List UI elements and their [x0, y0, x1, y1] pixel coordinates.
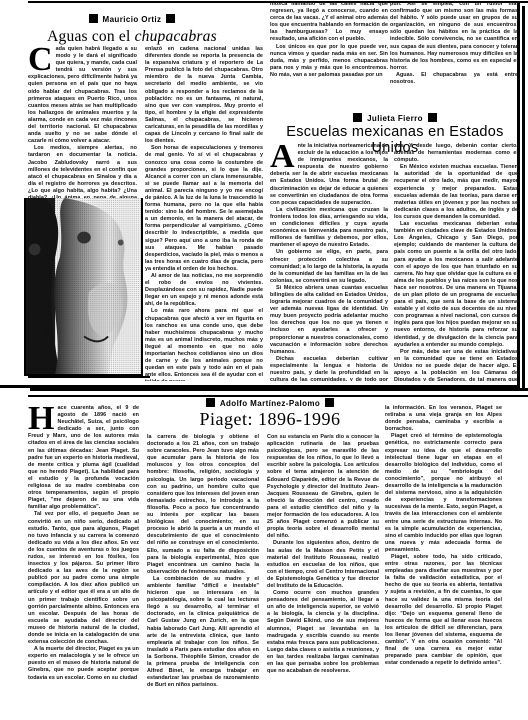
article-column-1: A nte la iniciativa norteamericana de ex… — [270, 143, 388, 381]
paragraph: Si México abriera unas cuantas escuelas … — [270, 285, 388, 356]
paragraph: Un gobierno se elige, en parte, para ofr… — [270, 249, 388, 284]
article-byline: Julieta Fierro — [270, 113, 520, 123]
headline-text: Aguas con el — [47, 28, 134, 45]
paragraph: Son horas de especulaciones y tremores d… — [145, 145, 263, 273]
paragraph: Aguas. El chupacabras ya está entre noso… — [390, 72, 518, 83]
article-column-1: H ace cuarenta años, el 9 de agosto de 1… — [28, 405, 139, 705]
paragraph: la carrera de biología y obtiene el doct… — [147, 434, 259, 576]
paragraph: Durante los siguientes años, dentro de l… — [267, 540, 379, 590]
paragraph: Tal vez por ello, el pequeño Jean se con… — [28, 511, 139, 646]
paragraph: Dichas escuelas deberían cultivar especi… — [270, 356, 388, 381]
drop-cap: H — [28, 406, 55, 432]
paragraph: La combinación de su madre y el ambiente… — [147, 576, 259, 690]
drop-cap: C — [28, 47, 53, 73]
paragraph: la información. En los veranos, Piaget s… — [385, 405, 502, 433]
article-column-4: la información. En los veranos, Piaget s… — [385, 405, 502, 705]
author-name: Mauricio Ortiz — [103, 15, 162, 24]
headline-italic-text: chupacabras — [135, 28, 217, 45]
article-column-2: la carrera de biología y obtiene el doct… — [147, 434, 259, 720]
article-headline: Aguas con el chupacabras — [0, 28, 264, 46]
article-byline: Adolfo Martínez-Palomo — [170, 398, 370, 408]
article-column-3: Con su estancia en París dio a conocer l… — [267, 434, 379, 720]
drop-cap: A — [270, 144, 295, 170]
paragraph: Lo más raro ahora para mí que el chupaca… — [145, 308, 263, 381]
section-divider — [28, 395, 528, 397]
paragraph: La civilización mexicana que cruzan la f… — [270, 207, 388, 250]
paragraph: Con su estancia en París dio a conocer l… — [267, 434, 379, 540]
article-column-2: enlazó en cadena nacional unidas las dif… — [145, 46, 263, 381]
frame-shadow-right — [522, 6, 525, 391]
paragraph: pun. Así se emplea, con un rumor mal con… — [390, 1, 518, 72]
photo-shadow — [28, 376, 150, 378]
nude-figure-photo-icon — [26, 198, 141, 374]
paragraph: dos. Y desde luego, deberán contar ciert… — [394, 143, 518, 164]
paragraph: Al amor de las noticias, no me sorprendi… — [145, 273, 263, 308]
paragraph: Como ocurre con muchos grandes pensadore… — [267, 590, 379, 675]
paragraph: Los únicos es que por lo que puede ver, … — [270, 44, 388, 79]
paragraph: Piaget creó el término de epistemología … — [385, 433, 502, 554]
author-name: Julieta Fierro — [367, 114, 423, 123]
square-bullet-icon — [428, 113, 437, 122]
frame-shadow-bottom — [30, 388, 528, 391]
paragraph: enlazó en cadena nacional unidas las dif… — [145, 46, 263, 145]
article-column-2: dos. Y desde luego, deberán contar ciert… — [394, 143, 518, 381]
paragraph: Las escuelas mexicanas deberían estar ta… — [394, 221, 518, 349]
square-bullet-icon — [166, 14, 175, 23]
square-bullet-icon — [206, 398, 215, 407]
paragraph: mosca llamando de las calles hacia que r… — [270, 1, 388, 44]
article-headline: Piaget: 1896-1996 — [170, 409, 370, 430]
article-column-4: pun. Así se emplea, con un rumor mal con… — [390, 1, 518, 83]
square-bullet-icon — [325, 398, 334, 407]
square-bullet-icon — [89, 14, 98, 23]
paragraph: En México existen muchas escuelas. Tiene… — [394, 164, 518, 221]
square-bullet-icon — [353, 113, 362, 122]
paragraph: Piaget, sobre todo, ha sido criticado, e… — [385, 554, 502, 668]
article-byline: Mauricio Ortiz — [0, 14, 264, 24]
paragraph: A la muerte del director, Piaget es ya u… — [28, 646, 139, 681]
paragraph: Por más, debe ser una de estas iniciativ… — [394, 349, 518, 381]
author-name: Adolfo Martínez-Palomo — [220, 399, 320, 408]
article-column-3: mosca llamando de las calles hacia que r… — [270, 1, 388, 83]
article-photo — [24, 198, 143, 376]
